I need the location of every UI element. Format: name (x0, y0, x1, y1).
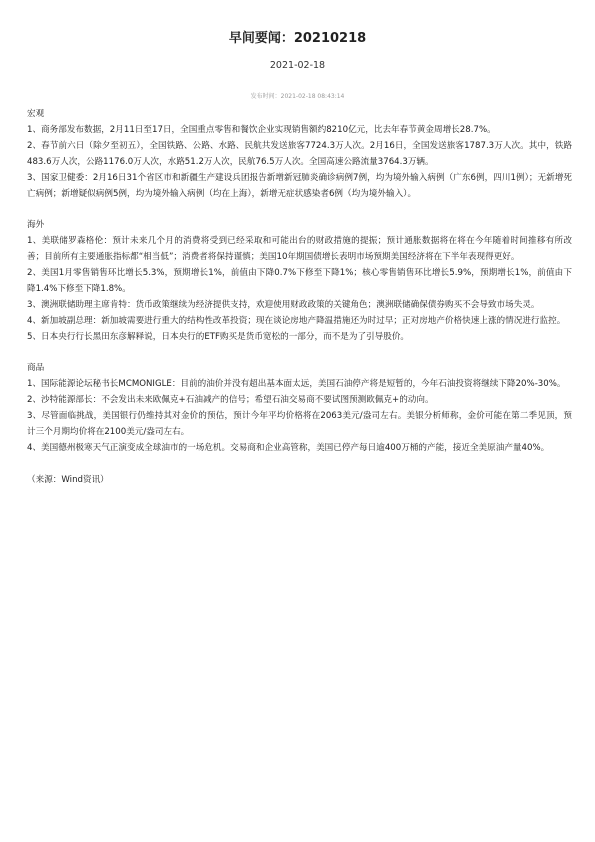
news-item: 2、沙特能源部长：不会发出未来欧佩克+石油减产的信号；希望石油交易商不要试图预测… (27, 393, 572, 409)
news-item: 3、国家卫健委：2月16日31个省区市和新疆生产建设兵团报告新增新冠肺炎确诊病例… (27, 171, 572, 203)
section-title: 海外 (27, 218, 572, 234)
news-item: 3、澳洲联储助理主席肯特：货币政策继续为经济提供支持，欢迎使用财政政策的关键角色… (27, 298, 572, 314)
news-item: 1、国际能源论坛秘书长MCMONIGLE：目前的油价并没有超出基本面太远，美国石… (27, 377, 572, 393)
publish-time: 发布时间：2021-02-18 08:43:14 (0, 91, 595, 100)
section-commodities: 商品 1、国际能源论坛秘书长MCMONIGLE：目前的油价并没有超出基本面太远，… (27, 361, 572, 456)
news-item: 5、日本央行行长黑田东彦解释说，日本央行的ETF购买是货币宽松的一部分，而不是为… (27, 330, 572, 346)
publish-time-value: 2021-02-18 08:43:14 (281, 93, 345, 100)
article-body: 宏观 1、商务部发布数据，2月11日至17日，全国重点零售和餐饮企业实现销售额约… (27, 107, 572, 489)
news-item: 2、美国1月零售销售环比增长5.3%，预期增长1%，前值由下降0.7%下修至下降… (27, 266, 572, 298)
section-title: 商品 (27, 361, 572, 377)
news-item: 1、商务部发布数据，2月11日至17日，全国重点零售和餐饮企业实现销售额约821… (27, 123, 572, 139)
publish-time-label: 发布时间： (251, 93, 281, 100)
news-item: 3、尽管面临挑战，美国银行仍维持其对金价的预估，预计今年平均价格将在2063美元… (27, 409, 572, 441)
news-item: 2、春节前六日（除夕至初五），全国铁路、公路、水路、民航共发送旅客7724.3万… (27, 139, 572, 171)
source-note: （来源：Wind资讯） (27, 473, 572, 489)
section-overseas: 海外 1、美联储罗森格伦：预计未来几个月的消费将受到已经采取和可能出台的财政措施… (27, 218, 572, 345)
article-date: 2021-02-18 (0, 60, 595, 71)
article-title: 早间要闻：20210218 (0, 27, 595, 46)
news-item: 4、美国德州极寒天气正演变成全球油市的一场危机。交易商和企业高管称，美国已停产每… (27, 441, 572, 457)
section-title: 宏观 (27, 107, 572, 123)
news-item: 4、新加坡副总理：新加坡需要进行重大的结构性改革投资；现在谈论房地产降温措施还为… (27, 314, 572, 330)
section-macro: 宏观 1、商务部发布数据，2月11日至17日，全国重点零售和餐饮企业实现销售额约… (27, 107, 572, 202)
news-item: 1、美联储罗森格伦：预计未来几个月的消费将受到已经采取和可能出台的财政措施的提振… (27, 234, 572, 266)
